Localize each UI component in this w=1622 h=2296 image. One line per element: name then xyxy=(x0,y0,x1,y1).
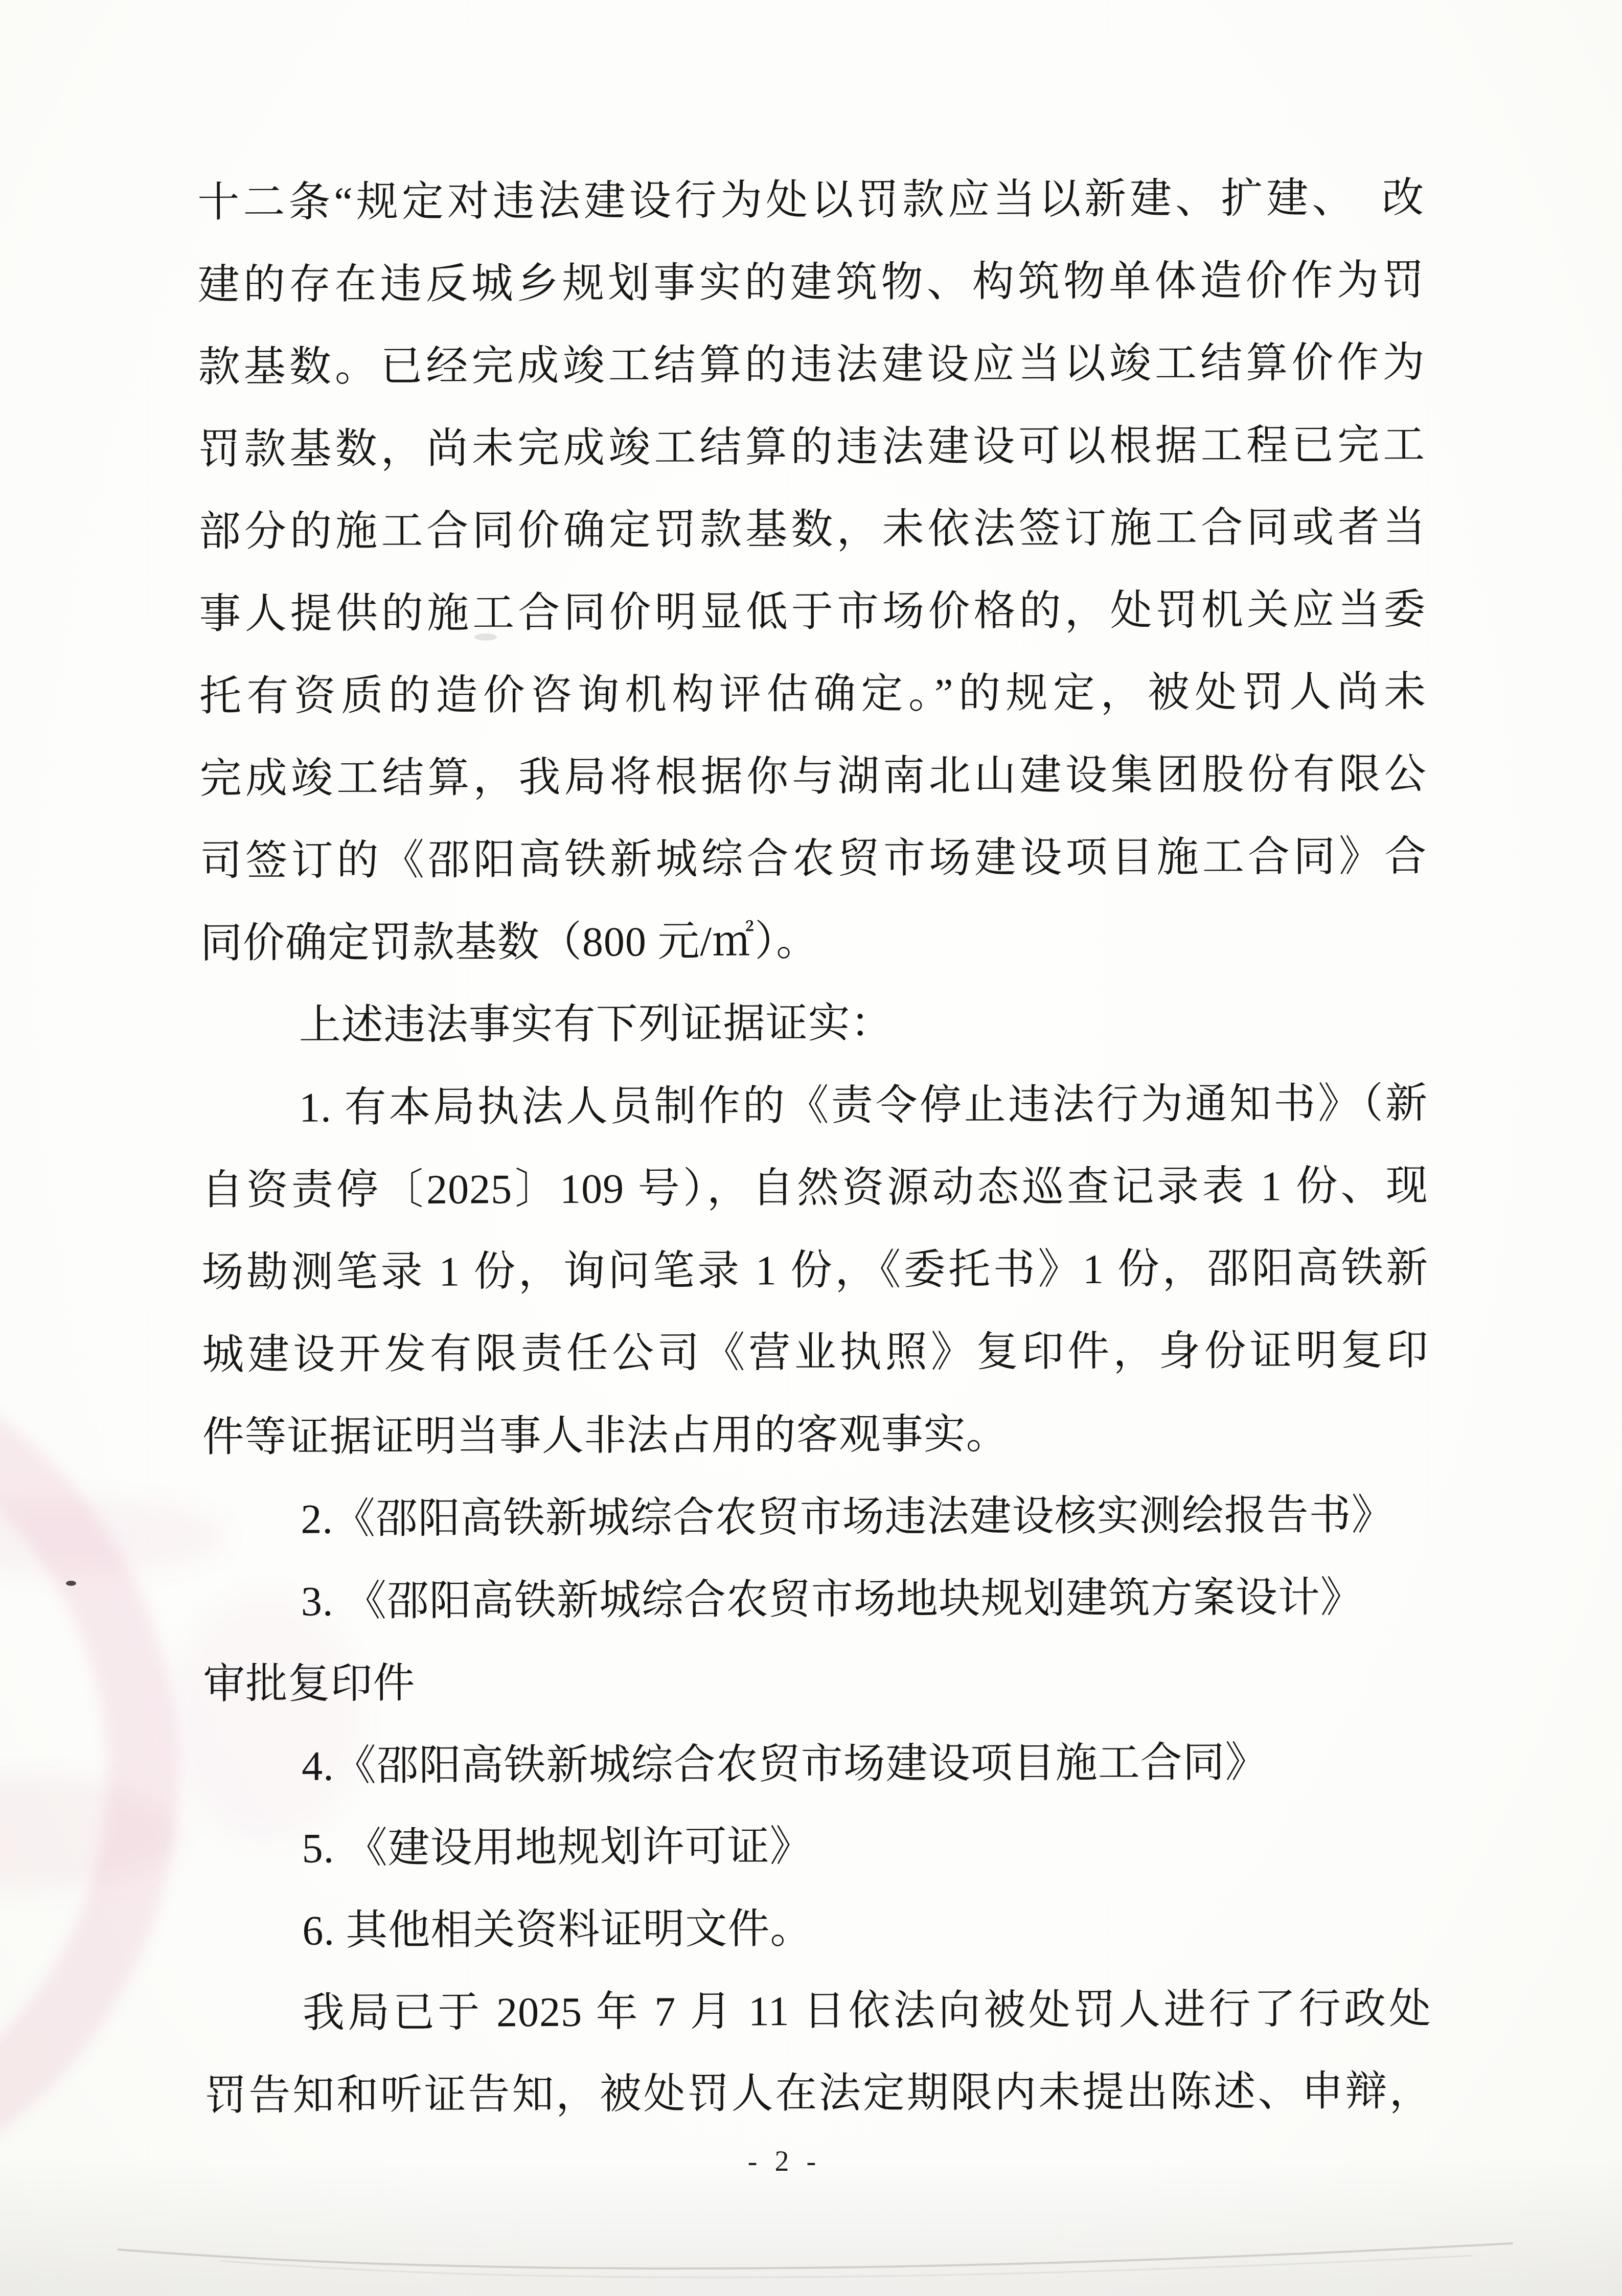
document-line: 审批复印件 xyxy=(203,1638,1430,1725)
document-line: 件等证据证明当事人非法占用的客观事实。 xyxy=(202,1391,1429,1478)
document-line: 4.《邵阳高铁新城综合农贸市场建设项目施工合同》 xyxy=(203,1720,1431,1807)
scanned-document-page: 十二条“规定对违法建设行为处以罚款应当以新建、扩建、 改 建的存在违反城乡规划事… xyxy=(0,0,1622,2296)
stamp-bleedthrough-smudge xyxy=(0,1777,179,1889)
stamp-bleedthrough-arc xyxy=(0,1365,143,2183)
document-line: 部分的施工合同价确定罚款基数，未依法签订施工合同或者当 xyxy=(199,486,1426,573)
stamp-bleedthrough-smudge xyxy=(0,1498,225,1575)
document-line: 自资责停〔2025〕109 号），自然资源动态巡查记录表 1 份、现 xyxy=(201,1144,1428,1231)
document-line: 3. 《邵阳高铁新城综合农贸市场地块规划建筑方案设计》 xyxy=(203,1556,1430,1643)
document-line: 我局已于 2025 年 7 月 11 日依法向被处罚人进行了行政处 xyxy=(204,1967,1432,2054)
document-line: 完成竣工结算，我局将根据你与湖南北山建设集团股份有限公 xyxy=(199,733,1427,820)
document-line: 建的存在违反城乡规划事实的建筑物、构筑物单体造价作为罚 xyxy=(198,239,1425,326)
page-number: - 2 - xyxy=(0,2145,1595,2178)
document-line: 上述违法事实有下列证据证实： xyxy=(200,980,1428,1066)
ink-speck xyxy=(66,1581,76,1586)
document-line: 罚款基数，尚未完成竣工结算的违法建设可以根据工程已完工 xyxy=(198,403,1426,490)
document-line: 城建设开发有限责任公司《营业执照》复印件，身份证明复印 xyxy=(202,1309,1429,1396)
document-text-block: 十二条“规定对违法建设行为处以罚款应当以新建、扩建、 改 建的存在违反城乡规划事… xyxy=(197,156,1432,2136)
document-line: 司签订的《邵阳高铁新城综合农贸市场建设项目施工合同》合 xyxy=(200,815,1427,902)
page-curl-shadow xyxy=(220,2256,1472,2278)
document-line: 5. 《建设用地规划许可证》 xyxy=(203,1803,1431,1890)
document-line: 场勘测笔录 1 份，询问笔录 1 份，《委托书》1 份，邵阳高铁新 xyxy=(201,1226,1429,1313)
document-line: 6. 其他相关资料证明文件。 xyxy=(204,1885,1431,1972)
document-line: 同价确定罚款基数（800 元/㎡）。 xyxy=(200,897,1428,984)
document-line: 托有资质的造价咨询机构评估确定。”的规定，被处罚人尚未 xyxy=(199,650,1427,737)
document-line: 十二条“规定对违法建设行为处以罚款应当以新建、扩建、 改 xyxy=(197,156,1425,243)
document-line: 事人提供的施工合同价明显低于市场价格的，处罚机关应当委 xyxy=(199,568,1426,655)
document-line: 1. 有本局执法人员制作的《责令停止违法行为通知书》（新 xyxy=(201,1062,1428,1149)
document-line: 罚告知和听证告知，被处罚人在法定期限内未提出陈述、申辩， xyxy=(204,2050,1432,2136)
page-curl-shadow xyxy=(118,2243,1513,2268)
document-line: 款基数。已经完成竣工结算的违法建设应当以竣工结算价作为 xyxy=(198,321,1425,408)
document-line: 2.《邵阳高铁新城综合农贸市场违法建设核实测绘报告书》 xyxy=(202,1473,1430,1560)
